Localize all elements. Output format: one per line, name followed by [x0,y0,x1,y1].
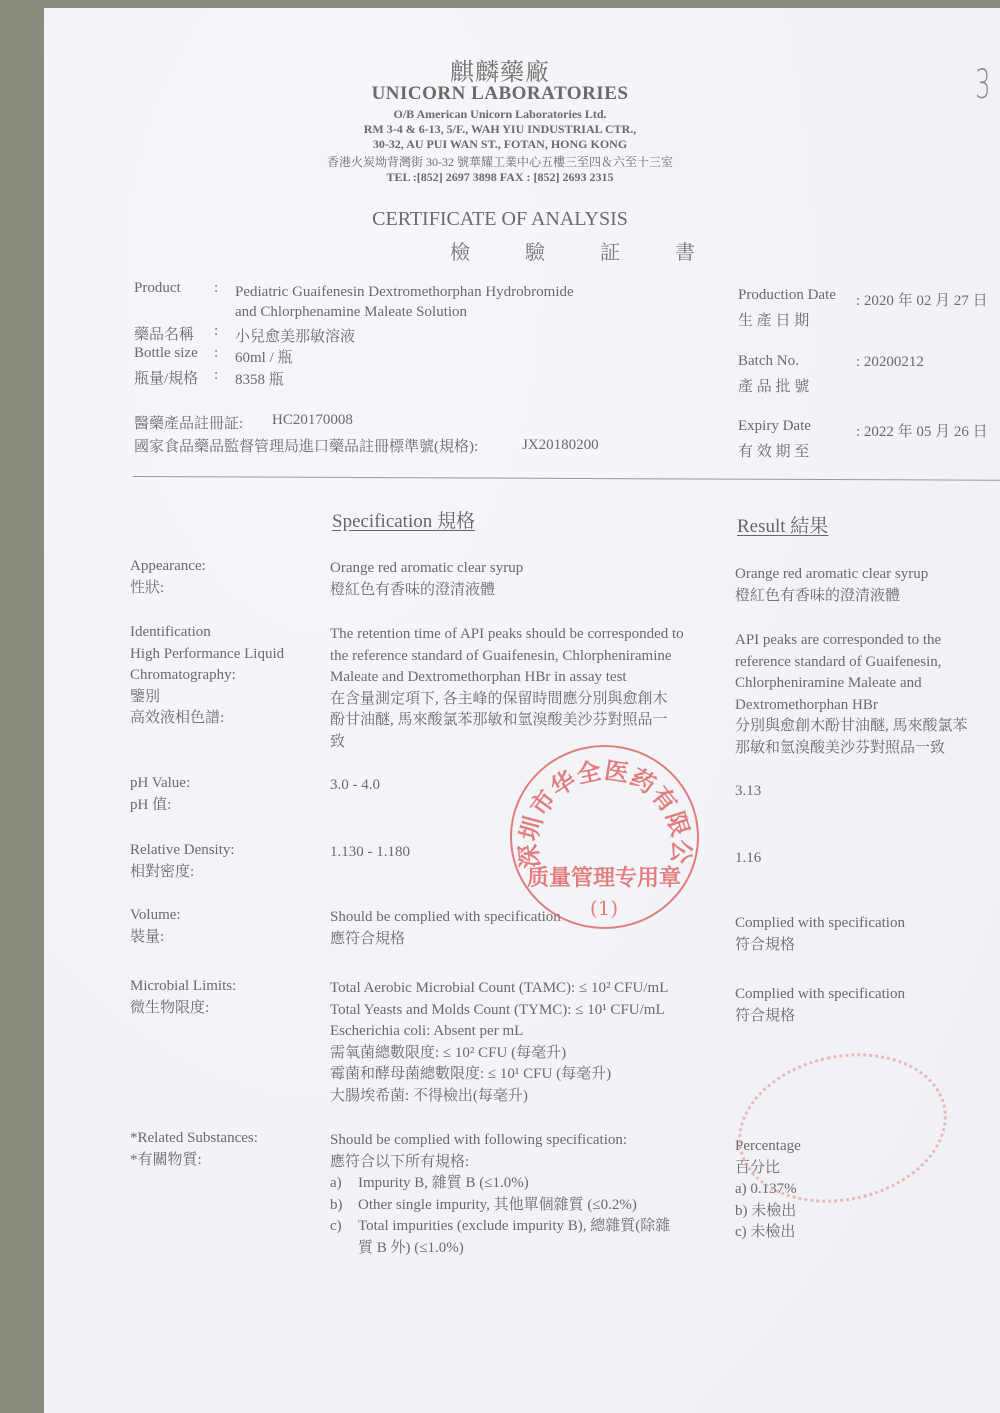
title-char: 証 [600,236,620,265]
company-name-cn: 麒麟藥廠 [0,52,1000,87]
spec-line: 橙紅色有香味的澄清液體 [330,580,523,602]
test-label-line: *有關物質: [130,1150,258,1172]
spec-line: 應符合規格 [330,929,561,951]
test-result: API peaks are corresponded to thereferen… [735,630,968,759]
result-line: API peaks are corresponded to the [735,630,968,652]
spec-item: 質 B 外) (≤1.0%) [330,1238,670,1260]
production-date-label-cn: 生 產 日 期 [738,309,809,330]
test-label-line: Volume: [130,905,181,927]
import-reg-value: JX20180200 [522,437,599,454]
production-date-value: : 2020 年 02 月 27 日 [856,289,988,310]
spec-line: Escherichia coli: Absent per mL [330,1021,668,1043]
spec-line: Total Yeasts and Molds Count (TYMC): ≤ 1… [330,1000,668,1022]
quality-seal-stamp: 深圳市华全医药有限公司 质量管理专用章 (1) [510,745,699,929]
product-value-line2: and Chlorphenamine Maleate Solution [235,304,467,321]
result-line: c) 未檢出 [735,1222,801,1244]
test-label: IdentificationHigh Performance LiquidChr… [130,622,284,730]
result-line: 3.13 [735,781,761,803]
test-label-line: pH 值: [130,795,190,817]
batch-no-label: Batch No. [738,353,799,370]
spec-item-marker: b) [330,1195,358,1217]
separator: : [214,345,218,362]
result-line: 分別與愈創木酚甘油醚, 馬來酸氯苯 [735,716,968,738]
test-label: Appearance:性狀: [130,556,206,599]
test-specification: Orange red aromatic clear syrup橙紅色有香味的澄清… [330,558,523,601]
result-line: Chlorpheniramine Maleate and [735,673,968,695]
contact-info: TEL :[852] 2697 3898 FAX : [852] 2693 23… [0,170,1000,185]
title-char: 書 [675,236,695,265]
separator: : [214,280,218,297]
specification-heading: Specification 規格 [332,506,475,533]
result-line: Complied with specification [735,913,905,935]
test-label-line: 性狀: [130,578,206,600]
import-reg-label: 國家食品藥品監督管理局進口藥品註冊標準號(規格): [134,435,478,456]
spec-line: 酚甘油醚, 馬來酸氯苯那敏和氫溴酸美沙芬對照品一 [330,710,684,732]
product-label: Product [134,280,181,297]
expiry-date-label: Expiry Date [738,418,811,435]
spec-line: Maleate and Dextromethorphan HBr in assa… [330,667,684,689]
name-cn-value: 小兒愈美那敏溶液 [235,325,355,346]
spec-line: Total Aerobic Microbial Count (TAMC): ≤ … [330,978,668,1000]
test-label-line: Chromatography: [130,665,284,687]
spec-line: the reference standard of Guaifenesin, C… [330,646,684,668]
result-heading: Result 結果 [737,511,828,538]
test-label-line: Appearance: [130,556,206,578]
reg-cert-label: 醫藥產品註冊証: [134,412,243,433]
spec-item-text: Impurity B, 雜質 B (≤1.0%) [358,1173,529,1195]
test-specification: Should be complied with following specif… [330,1130,670,1259]
document-title: CERTIFICATE OF ANALYSIS [0,208,1000,231]
test-result: Complied with specification符合規格 [735,984,905,1027]
quantity-label: 瓶量/規格 [134,367,198,388]
test-label: Volume:裝量: [130,905,181,948]
spec-line: 大腸埃希菌: 不得檢出(每毫升) [330,1086,668,1108]
spec-intro-line: Should be complied with following specif… [330,1130,670,1152]
result-line: 那敏和氫溴酸美沙芬對照品一致 [735,738,968,760]
result-line: 1.16 [735,848,761,870]
test-result: 1.16 [735,848,761,870]
spec-item: a)Impurity B, 雜質 B (≤1.0%) [330,1173,670,1195]
address-line-1: RM 3-4 & 6-13, 5/F., WAH YIU INDUSTRIAL … [0,122,1000,137]
title-char: 檢 [450,236,470,265]
separator: : [214,323,218,340]
spec-item-marker: a) [330,1173,358,1195]
result-line: Complied with specification [735,984,905,1006]
test-result: 3.13 [735,781,761,803]
test-label-line: 微生物限度: [130,998,236,1020]
seal-arc-text: 深圳市华全医药有限公司 [512,747,696,870]
test-label: pH Value:pH 值: [130,773,190,816]
result-line: Orange red aromatic clear syrup [735,564,928,586]
address-cn: 香港火炭坳背灣街 30-32 號華耀工業中心五樓三至四＆六至十三室 [0,153,1000,170]
seal-center-text: 质量管理专用章 [527,865,681,891]
test-result: Complied with specification符合規格 [735,913,905,956]
spec-line: 需氧菌總數限度: ≤ 10² CFU (每毫升) [330,1043,668,1065]
spec-line: Orange red aromatic clear syrup [330,558,523,580]
test-label-line: 鑒別 [130,687,284,709]
spec-item-text: Other single impurity, 其他單個雜質 (≤0.2%) [358,1195,637,1217]
result-line: 橙紅色有香味的澄清液體 [735,586,928,608]
result-line: b) 未檢出 [735,1201,801,1223]
batch-no-label-cn: 產 品 批 號 [738,375,809,396]
result-line: 符合規格 [735,935,905,957]
spec-item: b)Other single impurity, 其他單個雜質 (≤0.2%) [330,1195,670,1217]
test-specification: The retention time of API peaks should b… [330,624,684,753]
spec-item-marker [330,1238,358,1260]
test-label-line: High Performance Liquid [130,644,284,666]
spec-item: c)Total impurities (exclude impurity B),… [330,1216,670,1238]
test-label-line: pH Value: [130,773,190,795]
test-label-line: Microbial Limits: [130,976,236,998]
test-specification: Total Aerobic Microbial Count (TAMC): ≤ … [330,978,668,1107]
spec-line: The retention time of API peaks should b… [330,624,684,646]
production-date-label: Production Date [738,287,836,304]
title-char: 驗 [525,236,545,265]
result-line: reference standard of Guaifenesin, [735,652,968,674]
separator: : [214,367,218,384]
spec-intro-line: 應符合以下所有規格: [330,1152,670,1174]
svg-text:深圳市华全医药有限公司: 深圳市华全医药有限公司 [512,747,696,870]
document-title-cn: 檢 驗 証 書 [450,236,695,265]
batch-no-value: : 20200212 [856,354,924,371]
quantity-value: 8358 瓶 [235,368,284,389]
company-name-en: UNICORN LABORATORIES [0,83,1000,105]
spec-item-text: Total impurities (exclude impurity B), 總… [358,1216,670,1238]
result-line: 符合規格 [735,1006,905,1028]
spec-line: 3.0 - 4.0 [330,775,380,797]
spec-line: 1.130 - 1.180 [330,842,410,864]
test-label-line: Identification [130,622,284,644]
test-specification: 3.0 - 4.0 [330,775,380,797]
bottle-size-label: Bottle size [134,345,198,362]
expiry-date-value: : 2022 年 05 月 26 日 [856,420,988,441]
test-label-line: 相對密度: [130,862,235,884]
handwritten-page-mark: 3 [975,62,990,108]
spec-line: 在含量測定項下, 各主峰的保留時間應分別與愈創木 [330,689,684,711]
seal-number: (1) [590,896,618,920]
spec-item-marker: c) [330,1216,358,1238]
name-cn-label: 藥品名稱 [134,323,194,344]
test-label-line: 裝量: [130,927,181,949]
test-label: *Related Substances:*有關物質: [130,1128,258,1171]
test-result: Orange red aromatic clear syrup橙紅色有香味的澄清… [735,564,928,607]
test-label-line: Relative Density: [130,840,235,862]
test-specification: 1.130 - 1.180 [330,842,410,864]
test-label-line: *Related Substances: [130,1128,258,1150]
expiry-date-label-cn: 有 效 期 至 [738,440,809,461]
test-label: Relative Density:相對密度: [130,840,235,883]
reg-cert-value: HC20170008 [272,412,353,429]
test-label: Microbial Limits:微生物限度: [130,976,236,1019]
test-label-line: 高效液相色譜: [130,708,284,730]
spec-line: 霉菌和酵母菌總數限度: ≤ 10¹ CFU (每毫升) [330,1064,668,1086]
spec-item-text: 質 B 外) (≤1.0%) [358,1238,464,1260]
address-line-2: 30-32, AU PUI WAN ST., FOTAN, HONG KONG [0,137,1000,152]
subsidiary-name: O/B American Unicorn Laboratories Ltd. [0,107,1000,122]
bottle-size-value: 60ml / 瓶 [235,346,293,367]
result-line: Dextromethorphan HBr [735,695,968,717]
product-value-line1: Pediatric Guaifenesin Dextromethorphan H… [235,284,574,301]
